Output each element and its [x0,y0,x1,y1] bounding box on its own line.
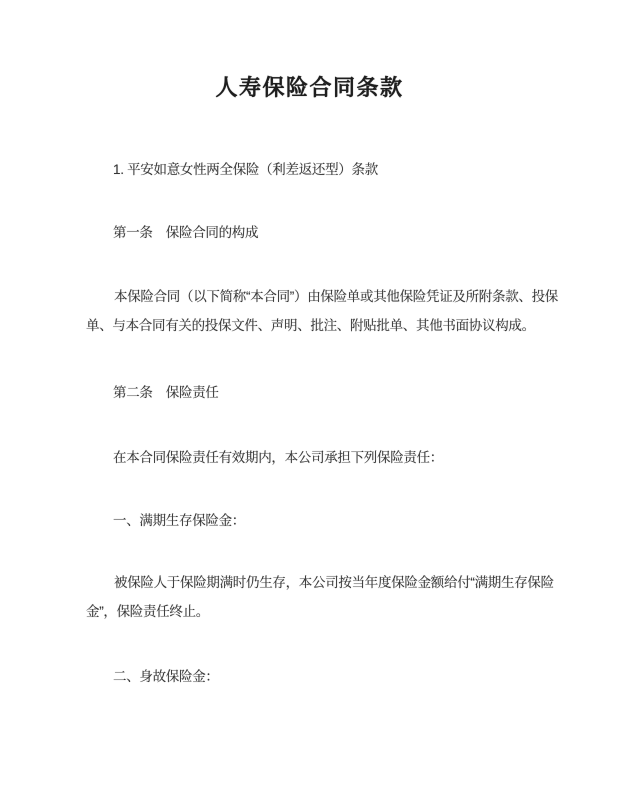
item-1-paragraph-line-1: 被保险人于保险期满时仍生存，本公司按当年度保险金额给付“满期生存保险 [114,571,554,591]
article-1-paragraph-line-1: 本保险合同（以下简称“本合同”）由保险单或其他保险凭证及所附条款、投保 [114,285,558,305]
item-1-heading: 一、满期生存保险金： [113,509,245,529]
item-2-heading: 二、身故保险金： [113,665,219,685]
document-title: 人寿保险合同条款 [0,71,619,102]
clause-heading: 1. 平安如意女性两全保险（利差返还型）条款 [113,158,378,178]
item-1-paragraph-line-2: 金”，保险责任终止。 [86,600,209,620]
article-1-heading: 第一条 保险合同的构成 [113,221,258,241]
article-2-intro: 在本合同保险责任有效期内，本公司承担下列保险责任： [113,446,443,466]
article-1-paragraph-line-2: 单、与本合同有关的投保文件、声明、批注、附贴批单、其他书面协议构成。 [86,314,535,334]
document-page: 人寿保险合同条款 1. 平安如意女性两全保险（利差返还型）条款 第一条 保险合同… [0,0,619,800]
article-2-heading: 第二条 保险责任 [113,381,219,401]
